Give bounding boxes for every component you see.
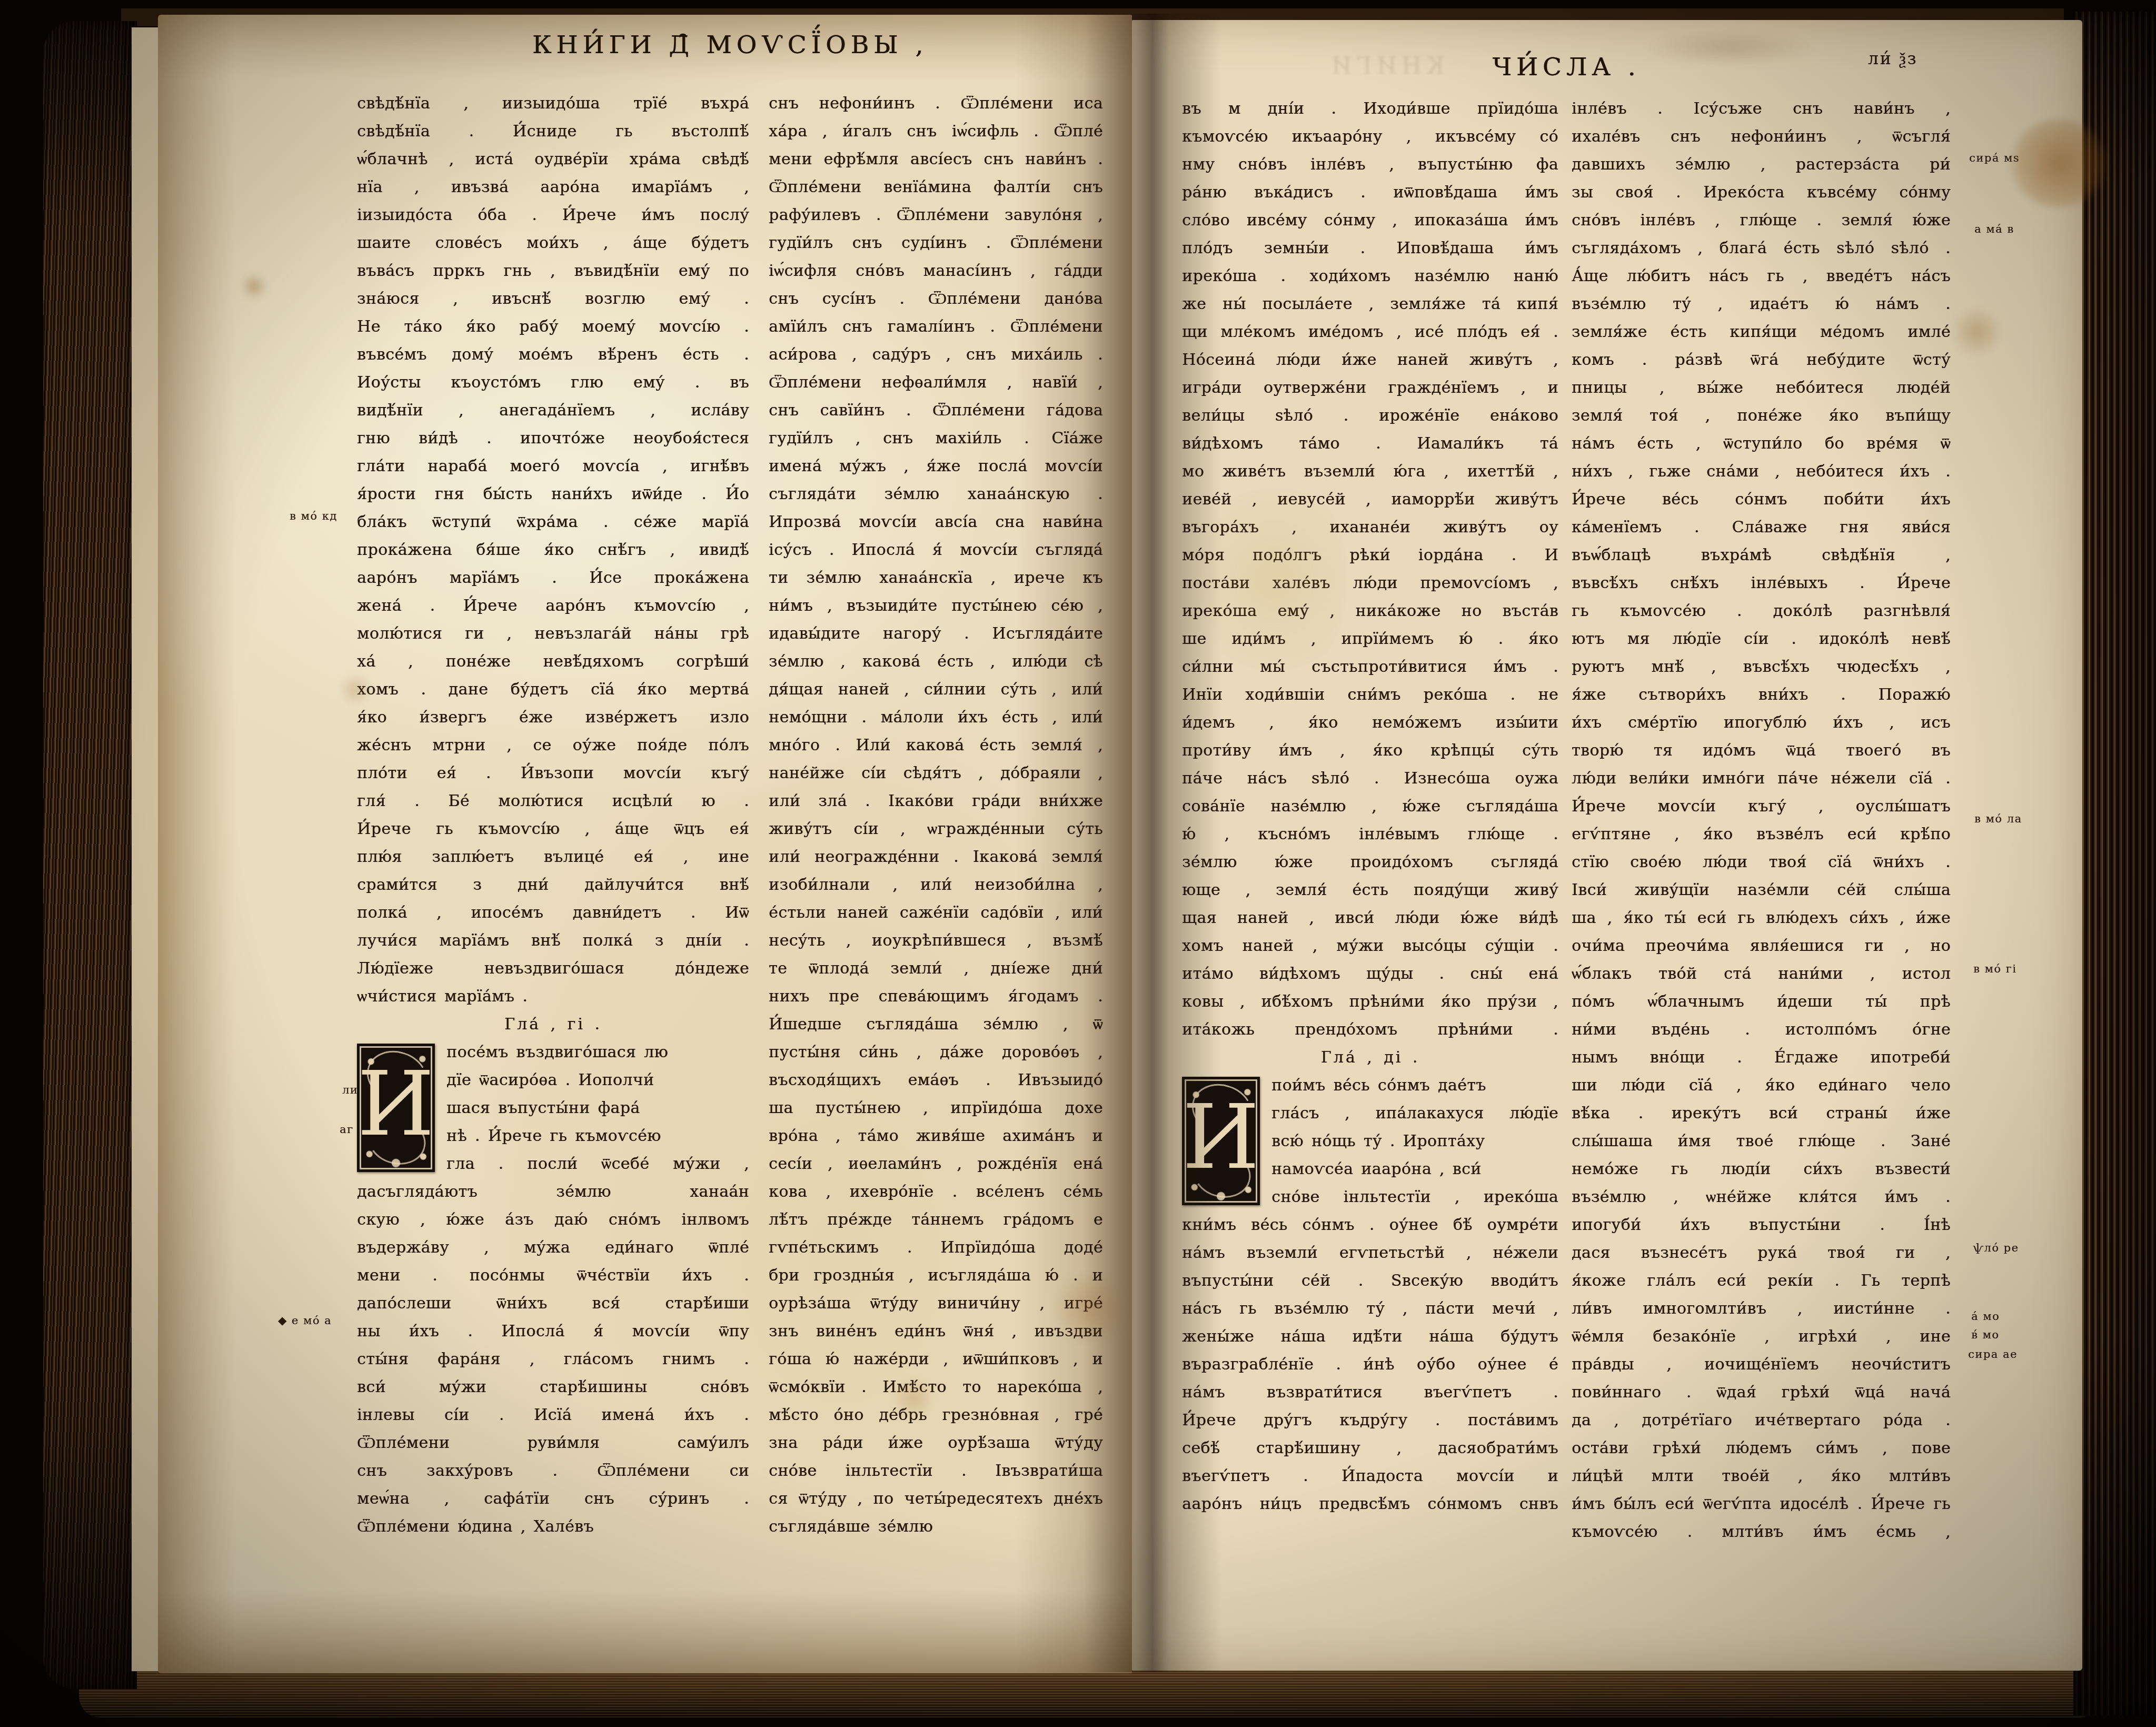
text-line: Івси́ живу́щїи назе́мли се́й слы́ша: [1572, 876, 1951, 904]
text-line: сесі́и , иѳелами́нъ , рожде́нїя ена́: [769, 1150, 1103, 1178]
text-line: ти зе́млю ханаа́нскїа , ирече къ: [769, 564, 1103, 592]
text-line: гню ви́дѣ . ипочто́же неоубоя́стеся: [357, 424, 749, 452]
text-line: зна ра́ди и́же оурѣ́заша ѿту́ду: [769, 1429, 1103, 1457]
text-line: юще , земля́ е́сть пояду́щи живу́: [1182, 876, 1558, 904]
margin-note: а́ мо: [1971, 1310, 2000, 1323]
text-line: вѣ́ка . иреку́тъ вси́ страны́ и́же: [1572, 1099, 1951, 1127]
right-page-column-2: інле́въ . Ісу́съже снъ нави́нъ ,ихале́въ…: [1572, 95, 1951, 1546]
column-text: посе́мъ въздвиго́шася людїе ѿасиро́ѳа . …: [446, 1038, 749, 1178]
text-line: въразграбле́нїе . и́нѣ оу́бо оу́нее е́: [1182, 1351, 1558, 1378]
left-page: КНИ́ГИ Д̑ МОѴСЇ́ОВЫ , свѣдѣ́нїа , иизыид…: [158, 15, 1132, 1673]
text-line: ни́мъ , възыиди́те пусты́нею се́ю ,: [769, 592, 1103, 620]
text-line: съгляда́хомъ , блага́ е́сть ѕѣло́ ѕѣло́ …: [1572, 234, 1951, 262]
text-line: я́же сътвори́хъ вни́хъ . Поражю́: [1572, 681, 1951, 709]
text-line: іизыидо́ста о́ба . И́рече и́мъ послу́: [357, 201, 749, 229]
text-line: въсходя́щихъ ема́ѳъ . Ивъзыидо́: [769, 1066, 1103, 1094]
text-line: Ѿпле́мени нефѳали́мля , навїи́ ,: [769, 369, 1103, 396]
text-line: гла́ти нараба́ моего́ моѵсі́а , игнѣ́въ: [357, 452, 749, 480]
text-line: оурѣза́ша ѿту́ду виничи́ну , игре́: [769, 1289, 1103, 1317]
text-line: нїа , ивъзва́ ааро́на имарїа́мъ ,: [357, 173, 749, 201]
text-line: бла́къ ѿступи́ ѿхра́ма . се́же марїа́: [357, 508, 749, 536]
text-line: гѵпе́тьскимъ . Ипрїидо́ша доде́: [769, 1234, 1103, 1262]
text-line: свѣдѣ́нїа . И́сниде гь въстолпѣ́: [357, 117, 749, 145]
text-line: дя́щая наней , си́лнии су́ть , или́: [769, 676, 1103, 703]
text-line: живу́тъ сі́и , ѡгражде́нныи су́ть: [769, 815, 1103, 843]
text-line: ісу́съ . Ипосла́ я́ моѵсі́и съгляда́: [769, 536, 1103, 564]
text-line: пло́ти ея́ . И́възопи моѵсі́и къгу́: [357, 759, 749, 787]
text-line: амїи́лъ снъ гамалі́инъ . Ѿпле́мени: [769, 313, 1103, 341]
text-line: на́съ гь възе́млю ту́ , па́сти мечи́ ,: [1182, 1295, 1558, 1323]
text-line: себѣ́ старѣ́ишину , дасяобрати́мъ: [1182, 1434, 1558, 1462]
text-line: Но́сеина́ лю́ди и́же наней живу́тъ ,: [1182, 346, 1558, 374]
text-line: на́мъ е́сть , ѿступи́ло бо вре́мя ѿ: [1572, 430, 1951, 458]
text-line: егѵ́птяне , я́ко възве́лъ еси́ крѣ́по: [1572, 820, 1951, 848]
text-line: іѡ́сифля сно́въ манасі́инъ , га́дди: [769, 257, 1103, 285]
text-line: ааро́нъ ни́цъ предвсѣ́мъ со́нмомъ снвъ: [1182, 1490, 1558, 1518]
text-line: аси́рова , саду́ръ , снъ миха́иль .: [769, 341, 1103, 369]
text-line: възе́млю , ѡне́йже кля́тся и́мъ .: [1572, 1183, 1951, 1211]
text-line: оста́ви грѣхи́ лю́демъ си́мъ , пове: [1572, 1434, 1951, 1462]
text-line: комъ . ра́звѣ ѿга́ небу́дите ѿсту́: [1572, 346, 1951, 374]
text-line: руютъ мнѣ́ , въвсѣ́хъ чюдесѣ́хъ ,: [1572, 653, 1951, 681]
column-text: свѣдѣ́нїа , иизыидо́ша трїе́ въхра́свѣдѣ…: [357, 90, 749, 1010]
text-line: скую , ю́же а́зъ даю́ сно́мъ інлвомъ: [357, 1206, 749, 1234]
text-line: стїю свое́ю лю́ди твоя́ сїа́ ѿни́хъ .: [1572, 848, 1951, 876]
text-line: въдержа́ву , му́жа еди́наго ѿпле́: [357, 1234, 749, 1262]
text-line: ѡ́блакъ тво́й ста́ нани́ми , истол: [1572, 960, 1951, 988]
right-page: КНИГИ ЧИ́СЛА . ли́ ѯз въ м дні́и . Иходи…: [1132, 20, 2082, 1671]
text-line: мѣ́сто о́но де́брь грезно́вная , гре́: [769, 1401, 1103, 1429]
text-line: вро́на , та́мо живя́ше ахима́нъ и: [769, 1122, 1103, 1150]
text-line: въпусты́ни се́й . Ѕвсеку́ю вводи́тъ: [1182, 1267, 1558, 1295]
right-page-column-1: въ м дні́и . Иходи́вше прїидо́шакъмоѵсе́…: [1182, 95, 1558, 1518]
text-line: ю́ , късно́мъ інле́вымъ глю́ще .: [1182, 820, 1558, 848]
ornate-initial-letter: И: [1182, 1077, 1260, 1205]
text-line: намоѵсе́а иааро́на , вси́: [1271, 1155, 1558, 1183]
text-line: ааро́нъ марїа́мъ . И́се прока́жена: [357, 564, 749, 592]
text-line: ха́ , поне́же невѣ́дяхомъ согрѣши́: [357, 648, 749, 676]
text-line: щи мле́комъ име́домъ , исе́ пло́дъ ея́ .: [1182, 318, 1558, 346]
chapter-heading-13: Гла́ , гі .: [357, 1010, 749, 1038]
text-line: нѣ . И́рече гь къмоѵсе́ю: [446, 1122, 749, 1150]
text-line: ше иди́мъ , ипрїи́мемъ ю́ . я́ко: [1182, 625, 1558, 653]
text-line: я́ко и́звергъ е́же изве́ржетъ изло: [357, 703, 749, 731]
text-line: полка́ , ипосе́мъ давни́детъ . Иѿ: [357, 899, 749, 927]
text-line: въ м дні́и . Иходи́вше прїидо́ша: [1182, 95, 1558, 123]
text-line: немо́же гь люді́и си́хъ възвести́: [1572, 1155, 1951, 1183]
text-line: снъ закху́ровъ . Ѿпле́мени си: [357, 1457, 749, 1485]
text-line: сова́нїе назе́млю , ю́же съгляда́ша: [1182, 792, 1558, 820]
margin-note: в мо́ ла: [1974, 812, 2022, 825]
text-line: зе́млю , какова́ е́сть , илю́ди сѣ: [769, 648, 1103, 676]
text-line: срами́тся з дни́ дайлучи́тся внѣ́: [357, 871, 749, 899]
text-line: гудїи́лъ снъ суді́инъ . Ѿпле́мени: [769, 229, 1103, 257]
text-line: жена́ . И́рече ааро́нъ къмоѵсі́ю ,: [357, 592, 749, 620]
text-line: Лю́дїеже невъздвиго́шася до́ндеже: [357, 955, 749, 982]
text-line: меѡ́на , сафа́тїи снъ су́ринъ .: [357, 1485, 749, 1513]
text-line: бри гроздны́я , исъгляда́ша ю́ . и: [769, 1262, 1103, 1289]
text-line: кова , ихевро́нїе . все́ленъ се́мь: [769, 1178, 1103, 1206]
ornate-initial-letter: И: [357, 1044, 435, 1172]
running-head-left: КНИ́ГИ Д̑ МОѴСЇ́ОВЫ ,: [357, 31, 1103, 59]
text-line: мно́го . Или́ какова́ е́сть земля́ ,: [769, 731, 1103, 759]
text-line: ши лю́ди сїа́ , я́ко еди́наго чело: [1572, 1071, 1951, 1099]
column-text: снъ нефони́инъ . Ѿпле́мени исаха́ра , и́…: [769, 90, 1103, 1541]
text-line: очи́ма преочи́ма явля́ешися ги , но: [1572, 932, 1951, 960]
right-fore-edge-page-stack: [2073, 12, 2156, 1715]
text-line: ѡ́блачнѣ , иста́ оудве́рїи хра́ма свѣдѣ́: [357, 145, 749, 173]
left-page-column-1: свѣдѣ́нїа , иизыидо́ша трїе́ въхра́свѣдѣ…: [357, 90, 749, 1541]
text-line: изоби́лнали , или́ неизоби́лна ,: [769, 871, 1103, 899]
text-line: дася възнесе́тъ рука́ твоя́ ги ,: [1572, 1239, 1951, 1267]
text-line: ша , я́ко ты́ еси́ гь влю́дехъ си́хъ , и…: [1572, 904, 1951, 932]
text-line: поста́ви хале́въ лю́ди премоѵсі́омъ ,: [1182, 569, 1558, 597]
text-line: немо́щни . ма́лоли и́хъ е́сть , или́: [769, 703, 1103, 731]
text-line: те ѿплода́ земли́ , дні́еже дни́: [769, 955, 1103, 982]
text-line: Инїи ходи́вшіи сни́мъ реко́ша . не: [1182, 681, 1558, 709]
column-text: кни́мъ ве́сь со́нмъ . оу́нее бѣ́ оумре́т…: [1182, 1211, 1558, 1518]
text-line: я́рости гня бы́сть нани́хъ иѿи́де . И́о: [357, 480, 749, 508]
text-line: Иоу́сты къоусто́мъ глю ему́ . въ: [357, 369, 749, 396]
text-line: ѿе́мля безако́нїе , игрѣхи́ , ине: [1572, 1323, 1951, 1351]
text-line: слы́шаша и́мя твое́ глю́ще . Зане́: [1572, 1127, 1951, 1155]
text-line: ѡчи́стися марїа́мъ .: [357, 982, 749, 1010]
text-line: жены́же на́ша идѣ́ти на́ша бу́дутъ: [1182, 1323, 1558, 1351]
text-line: въва́съ прркъ гнь , въвидѣ́нїи ему́ по: [357, 257, 749, 285]
text-line: сты́ня фара́ня , гла́сомъ гнимъ .: [357, 1345, 749, 1373]
text-line: нане́йже сі́и сѣдя́тъ , до́браяли ,: [769, 759, 1103, 787]
margin-note: ли: [342, 1084, 358, 1096]
text-line: да , дотре́тїаго иче́твертаго ро́да .: [1572, 1406, 1951, 1434]
text-line: игра́ди оутверже́ни гражде́нїемъ , и: [1182, 374, 1558, 402]
text-line: въѡ́блацѣ въхра́мѣ свѣдѣ́нїя ,: [1572, 541, 1951, 569]
text-line: лѣ́тъ пре́жде та́ннемъ гра́домъ е: [769, 1206, 1103, 1234]
margin-note: в мо́ кд: [290, 510, 337, 522]
text-line: пусты́ня си́нь , да́же дорово́ѳъ ,: [769, 1038, 1103, 1066]
text-line: сно́ве інльтестїи , иреко́ша: [1271, 1183, 1558, 1211]
initial-row: И посе́мъ въздвиго́шася людїе ѿасиро́ѳа …: [357, 1038, 749, 1178]
text-line: имена́ му́жъ , я́же посла́ моѵсі́и: [769, 452, 1103, 480]
initial-row: И пои́мъ ве́сь со́нмъ дае́тъгла́съ , ипа…: [1182, 1071, 1558, 1211]
text-line: на́мъ въземли́ егѵпетьстѣй , не́жели: [1182, 1239, 1558, 1267]
folio-number: ли́ ѯз: [1868, 49, 1917, 68]
text-line: или́ неогражде́нни . Ікакова́ земля́: [769, 843, 1103, 871]
text-line: въвсѣ́хъ снѣ́хъ інле́выхъ . И́рече: [1572, 569, 1951, 597]
text-line: пови́ннаго . ѿдая́ грѣхи́ ѿца́ нача́: [1572, 1378, 1951, 1406]
text-line: ви́дѣхомъ та́мо . Иамали́къ та́: [1182, 430, 1558, 458]
text-line: ни́хъ , гьже сна́ми , небо́итеся и́хъ .: [1572, 458, 1951, 485]
text-line: възе́млю ту́ , идае́тъ ю́ на́мъ .: [1572, 290, 1951, 318]
text-line: идавы́дите нагору́ . Исъгляда́ите: [769, 620, 1103, 648]
text-line: ра́ню въка́дисъ . иѿповѣ́даша и́мъ: [1182, 178, 1558, 206]
text-line: творю́ тя идо́мъ ѿца́ твоего́ въ: [1572, 737, 1951, 765]
text-line: мо живе́тъ въземли́ ю́га , ихеттѣ́й ,: [1182, 458, 1558, 485]
text-line: дїе ѿасиро́ѳа . Иополчи́: [446, 1066, 749, 1094]
text-line: ли́цѣй млти твое́й , я́ко млти́въ: [1572, 1462, 1951, 1490]
running-head-right: ЧИ́СЛА .: [1182, 53, 1951, 82]
text-line: шаите слове́съ мои́хъ , а́ще бу́детъ: [357, 229, 749, 257]
text-line: ита́мо ви́дѣхомъ щу́ды . сны́ ена́: [1182, 960, 1558, 988]
text-line: нымъ вно́щи . Е́гдаже ипотреби́: [1572, 1044, 1951, 1071]
text-line: прока́жена бя́ше я́ко снѣ́гъ , ивидѣ́: [357, 536, 749, 564]
text-line: дапо́слеши ѿни́хъ вся́ старѣ́иши: [357, 1289, 749, 1317]
text-line: ковы , ибѣ́хомъ прѣни́ми я́ко пру́зи ,: [1182, 988, 1558, 1016]
text-line: къмоѵсе́ю . млти́въ и́мъ е́смь ,: [1572, 1518, 1951, 1546]
text-line: пои́мъ ве́сь со́нмъ дае́тъ: [1271, 1071, 1558, 1099]
text-line: гла . посли́ ѿсебе́ му́жи ,: [446, 1150, 749, 1178]
text-line: земля́же е́сть кипя́щи ме́домъ имле́: [1572, 318, 1951, 346]
text-line: мени ефрѣ́мля авсі́есъ снъ нави́нъ .: [769, 145, 1103, 173]
margin-note: в́ мо: [1971, 1328, 1999, 1341]
text-line: шася въпусты́ни фара́: [446, 1094, 749, 1122]
text-line: въегѵ́петъ . И́падоста моѵсі́и и: [1182, 1462, 1558, 1490]
text-line: го́ша ю́ наже́рди , иѿши́пковъ , и: [769, 1345, 1103, 1373]
text-line: нихъ пре спева́ющимъ я́годамъ .: [769, 982, 1103, 1010]
text-line: ютъ мя лю́дїе сі́и . идоко́лѣ невѣ́: [1572, 625, 1951, 653]
text-line: хомъ . дане бу́детъ сїа́ я́ко мертва́: [357, 676, 749, 703]
text-line: ли́въ имногомлти́въ , иисти́нне .: [1572, 1295, 1951, 1323]
text-line: же́снъ мтрни , се оу́же поя́де по́лъ: [357, 731, 749, 759]
text-line: плю́я заплю́етъ вълице́ ея́ , ине: [357, 843, 749, 871]
margin-note: в мо́ гі: [1973, 962, 2016, 975]
text-line: зы своя́ . Иреко́ста къвсе́му со́нму: [1572, 178, 1951, 206]
chapter-heading-14: Гла́ , ді .: [1182, 1044, 1558, 1071]
column-text: інле́въ . Ісу́съже снъ нави́нъ ,ихале́въ…: [1572, 95, 1951, 1546]
text-line: по́мъ ѡ́блачнымъ и́деши ты́ прѣ: [1572, 988, 1951, 1016]
text-line: Ѿпле́мени венїа́мина фалті́и снъ: [769, 173, 1103, 201]
text-line: ѿсмо́квїи . Имѣ́сто то нареко́ша ,: [769, 1373, 1103, 1401]
margin-note: аг: [340, 1123, 354, 1136]
column-text: пои́мъ ве́сь со́нмъ дае́тъгла́съ , ипа́л…: [1271, 1071, 1558, 1211]
text-line: хомъ наней , му́жи высо́цы су́щіи .: [1182, 932, 1558, 960]
text-line: проти́ву и́мъ , я́ко крѣпцы́ су́ть: [1182, 737, 1558, 765]
text-line: я́коже гла́лъ еси́ рекі́и . Гь терпѣ: [1572, 1267, 1951, 1295]
text-line: е́стьли наней саже́нїи садо́вїи , или́: [769, 899, 1103, 927]
text-line: давшихъ зе́млю , растерза́ста ри́: [1572, 151, 1951, 178]
text-line: свѣдѣ́нїа , иизыидо́ша трїе́ въхра́: [357, 90, 749, 117]
text-line: несу́ть , иоукрѣпи́вшеся , възмѣ́: [769, 927, 1103, 955]
text-line: Ѿпле́мени руви́мля саму́илъ: [357, 1429, 749, 1457]
text-line: ка́менїемъ . Сла́важе гня яви́ся: [1572, 513, 1951, 541]
text-line: молю́тися ги , невъзлага́й на́ны грѣ: [357, 620, 749, 648]
text-line: ита́кожь прендо́хомъ прѣни́ми .: [1182, 1016, 1558, 1044]
text-line: па́че на́съ ѕѣло́ . Изнесо́ша оужа: [1182, 765, 1558, 792]
text-line: И́рече моѵсі́и къгу́ , оуслы́шатъ: [1572, 792, 1951, 820]
text-line: иеве́й , иевусе́й , иаморрѣ́и живу́тъ: [1182, 485, 1558, 513]
text-line: гь къмоѵсе́ю . доко́лѣ разгнѣвля́: [1572, 597, 1951, 625]
margin-note: а ма́ в: [1974, 223, 2014, 235]
text-line: и́демъ , я́ко немо́жемъ изы́ити: [1182, 709, 1558, 737]
text-line: інле́въ . Ісу́съже снъ нави́нъ ,: [1572, 95, 1951, 123]
text-line: и́мъ бы́лъ еси́ ѿегѵ́пта идосе́лѣ . И́ре…: [1572, 1490, 1951, 1518]
text-line: вси́ му́жи старѣ́ишины сно́въ: [357, 1373, 749, 1401]
text-line: ихале́въ снъ нефони́инъ , ѿсъгля́: [1572, 123, 1951, 151]
text-line: мени . посо́нмы ѿче́ствїи и́хъ .: [357, 1262, 749, 1289]
text-line: інлевы сі́и . Исїа́ имена́ и́хъ .: [357, 1401, 749, 1429]
text-line: ны и́хъ . Ипосла́ я́ моѵсі́и ѿпу: [357, 1317, 749, 1345]
text-line: всю́ но́щь ту́ . Иропта́ху: [1271, 1127, 1558, 1155]
margin-note: сира́ мѕ: [1969, 152, 2020, 164]
text-line: иреко́ша . ходи́хомъ назе́млю наню́: [1182, 262, 1558, 290]
text-line: или́ зла́ . Ікако́ви гра́ди вни́хже: [769, 787, 1103, 815]
text-line: земля́ тоя́ , поне́же я́ко въпи́щу: [1572, 402, 1951, 430]
margin-note: сира ае: [1968, 1348, 2018, 1361]
text-line: ипогуби́ и́хъ въпусты́ни . І́нѣ: [1572, 1211, 1951, 1239]
text-line: кни́мъ ве́сь со́нмъ . оу́нее бѣ́ оумре́т…: [1182, 1211, 1558, 1239]
text-line: рафу́илевъ . Ѿпле́мени завуло́ня ,: [769, 201, 1103, 229]
text-line: снъ сусі́нъ . Ѿпле́мени дано́ва: [769, 285, 1103, 313]
text-line: гла́съ , ипа́лакахуся лю́дїе: [1271, 1099, 1558, 1127]
text-line: щая наней , ивси́ лю́ди ю́же ви́дѣ: [1182, 904, 1558, 932]
left-fore-edge-page-stack: [43, 21, 137, 1689]
text-line: Ипрозва́ моѵсі́и авсі́а сна нави́на: [769, 508, 1103, 536]
text-line: И́шедше съгляда́ша зе́млю , ѿ: [769, 1010, 1103, 1038]
text-line: на́мъ възврати́тися въегѵ́петъ .: [1182, 1378, 1558, 1406]
text-line: дасъгляда́ютъ зе́млю ханаа́н: [357, 1178, 749, 1206]
text-line: А́ще лю́битъ на́съ гь , введе́тъ на́съ: [1572, 262, 1951, 290]
text-line: снъ нефони́инъ . Ѿпле́мени иса: [769, 90, 1103, 117]
text-line: вели́цы ѕѣло́ . ироже́нїе ена́ково: [1182, 402, 1558, 430]
text-line: къмоѵсе́ю икъааро́ну , икъвсе́му со́: [1182, 123, 1558, 151]
text-line: пницы , вы́же небо́итеся люде́й: [1572, 374, 1951, 402]
text-line: зна́юся , ивъснѣ́ возглю ему́ .: [357, 285, 749, 313]
text-line: си́лни мы́ състьпроти́витися и́мъ .: [1182, 653, 1558, 681]
text-line: пло́дъ земны́и . Иповѣ́даша и́мъ: [1182, 234, 1558, 262]
text-line: И́рече ве́сь со́нмъ поби́ти и́хъ: [1572, 485, 1951, 513]
text-line: и́хъ сме́ртїю ипогублю́ и́хъ , исъ: [1572, 709, 1951, 737]
text-line: Ѿпле́мени ю́дина , Хале́въ: [357, 1513, 749, 1541]
text-line: посе́мъ въздвиго́шася лю: [446, 1038, 749, 1066]
text-line: нму сно́въ інле́въ , въпусты́ню фа: [1182, 151, 1558, 178]
text-line: видѣ́нїи , анегада́нїемъ , исла́ву: [357, 396, 749, 424]
text-line: И́рече гь къмоѵсі́ю , а́ще ѿцъ ея́: [357, 815, 749, 843]
text-line: снъ савїи́нъ . Ѿпле́мени га́дова: [769, 396, 1103, 424]
text-line: зе́млю ю́же проидо́хомъ съгляда́: [1182, 848, 1558, 876]
text-line: ха́ра , и́галъ снъ іѡ́сифль . Ѿпле́: [769, 117, 1103, 145]
left-page-column-2: снъ нефони́инъ . Ѿпле́мени исаха́ра , и́…: [769, 90, 1103, 1541]
text-line: Не та́ко я́ко рабу́ моему́ моѵсі́ю .: [357, 313, 749, 341]
text-line: ни́ми въде́нь . истолпо́мъ о́гне: [1572, 1016, 1951, 1044]
text-line: съгляда́ти зе́млю ханаа́нскую .: [769, 480, 1103, 508]
column-text: въ м дні́и . Иходи́вше прїидо́шакъмоѵсе́…: [1182, 95, 1558, 1044]
margin-note: ѱло́ ре: [1973, 1242, 2019, 1254]
text-line: съгляда́вше зе́млю: [769, 1513, 1103, 1541]
text-line: въгора́хъ , иханане́и живу́тъ оу: [1182, 513, 1558, 541]
text-line: лю́ди вели́ки имно́ги па́че не́жели сїа́…: [1572, 765, 1951, 792]
text-line: знъ вине́нъ еди́нъ ѿня́ , ивъздви: [769, 1317, 1103, 1345]
text-line: И́рече дру́гъ къдру́гу . поста́вимъ: [1182, 1406, 1558, 1434]
text-line: же ны́ посыла́ете , земля́же та́ кипя́: [1182, 290, 1558, 318]
column-text: дасъгляда́ютъ зе́млю ханаа́нскую , ю́же …: [357, 1178, 749, 1541]
text-line: гля́ . Бе́ молю́тися исцѣли́ ю .: [357, 787, 749, 815]
text-line: пра́вды , иочище́нїемъ неочи́ститъ: [1572, 1351, 1951, 1378]
text-line: сло́во ивсе́му со́нму , ипоказа́ша и́мъ: [1182, 206, 1558, 234]
margin-note: ◆ е мо́ а: [278, 1314, 332, 1327]
text-line: мо́ря подо́лгъ рѣки́ іорда́на . И: [1182, 541, 1558, 569]
text-line: ша пусты́нею , ипрїидо́ша дохе: [769, 1094, 1103, 1122]
text-line: ся ѿту́ду , по четы́редесятехъ дне́хъ: [769, 1485, 1103, 1513]
text-line: въвсе́мъ дому́ мое́мъ вѣ́ренъ е́сть .: [357, 341, 749, 369]
text-line: лучи́ся марїа́мъ внѣ́ полка́ з дні́и .: [357, 927, 749, 955]
text-line: сно́въ інле́въ , глю́ще . земля́ ю́же: [1572, 206, 1951, 234]
photo-of-open-book: КНИ́ГИ Д̑ МОѴСЇ́ОВЫ , свѣдѣ́нїа , иизыид…: [0, 0, 2156, 1727]
text-line: гудїи́лъ , снъ махіи́ль . Сїа́же: [769, 424, 1103, 452]
text-line: иреко́ша ему́ , ника́коже но въста́в: [1182, 597, 1558, 625]
text-line: сно́ве інльтестїи . Івъзврати́ша: [769, 1457, 1103, 1485]
